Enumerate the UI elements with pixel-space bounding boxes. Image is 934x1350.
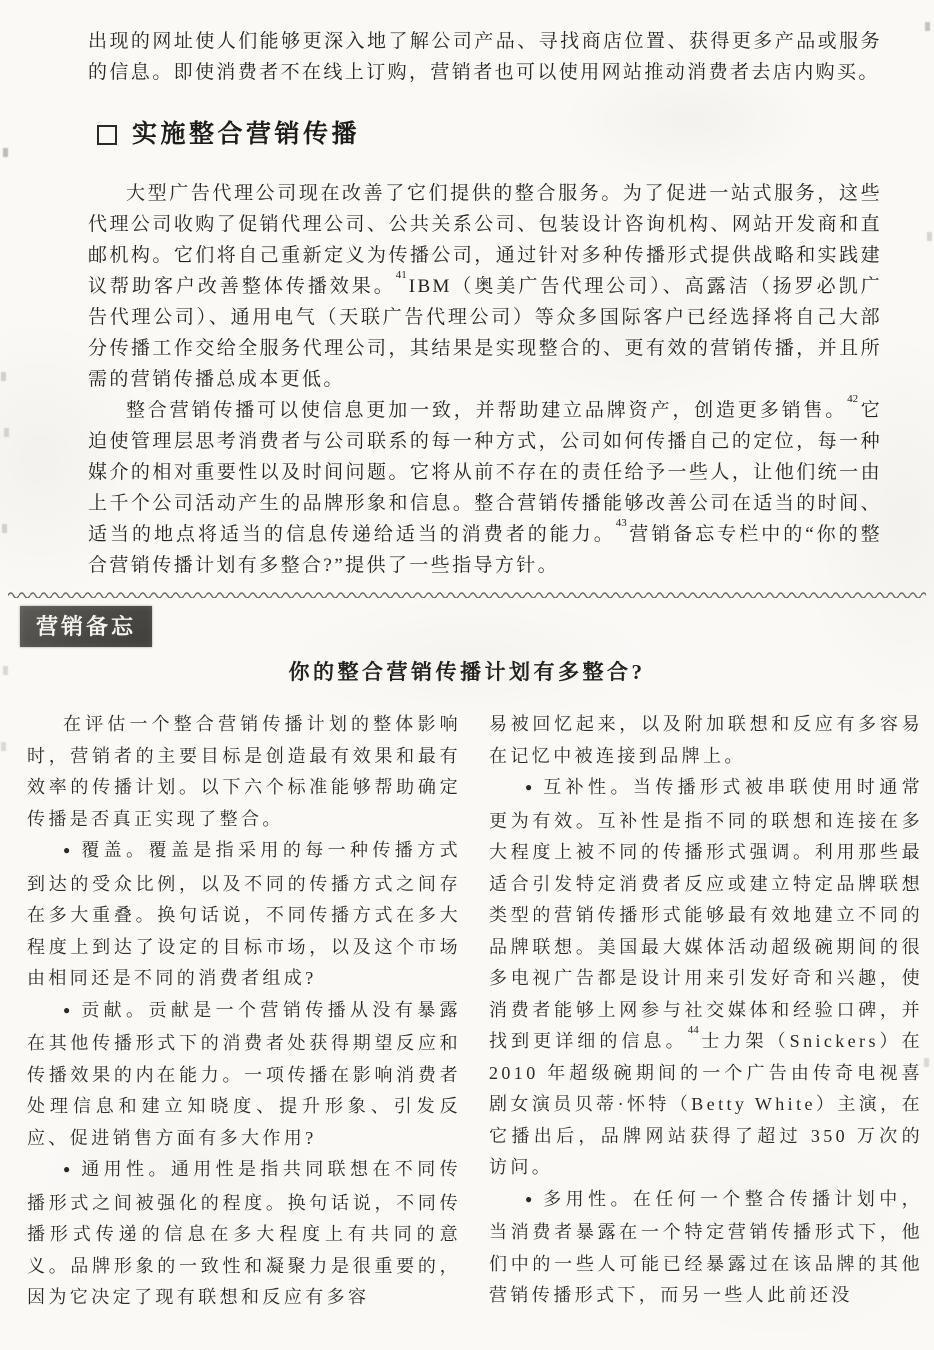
scan-artifact-specks bbox=[0, 0, 5, 9]
section-heading: 实施整合营销传播 bbox=[97, 118, 934, 150]
lead-paragraph: 出现的网址使人们能够更深入地了解公司产品、寻找商店位置、获得更多产品或服务的信息… bbox=[88, 0, 882, 88]
memo-bullet-coverage: ●覆盖。覆盖是指采用的每一种传播方式到达的受众比例，以及不同的传播方式之间存在多… bbox=[27, 835, 461, 995]
footnote-marker-44: 44 bbox=[688, 1024, 699, 1036]
memo-continuation-paragraph: 易被回忆起来，以及附加联想和反应有多容易在记忆中被连接到品牌上。 bbox=[489, 709, 923, 772]
footnote-marker-41: 41 bbox=[396, 269, 407, 281]
body-paragraph-1: 大型广告代理公司现在改善了它们提供的整合服务。为了促进一站式服务，这些代理公司收… bbox=[88, 178, 882, 395]
open-square-bullet-icon bbox=[97, 125, 117, 145]
memo-intro-paragraph: 在评估一个整合营销传播计划的整体影响时，营销者的主要目标是创造最有效果和最有效率… bbox=[27, 709, 461, 835]
bullet-dot-icon: ● bbox=[63, 1162, 71, 1176]
bullet-text: 贡献。贡献是一个营销传播从没有暴露在其他传播形式下的消费者处获得期望反应和传播效… bbox=[27, 1000, 461, 1148]
memo-bullet-complementarity: ●互补性。当传播形式被串联使用时通常更为有效。互补性是指不同的联想和连接在多大程… bbox=[489, 772, 923, 1184]
memo-body: 在评估一个整合营销传播计划的整体影响时，营销者的主要目标是创造最有效果和最有效率… bbox=[27, 709, 920, 1314]
bullet-text: 士力架（Snickers）在 2010 年超级碗期间的一个广告由传奇电视喜剧女演… bbox=[489, 1031, 923, 1177]
bullet-text: 互补性。当传播形式被串联使用时通常更为有效。互补性是指不同的联想和连接在多大程度… bbox=[489, 777, 923, 1051]
bullet-dot-icon: ● bbox=[525, 780, 533, 794]
body-paragraph-2: 整合营销传播可以使信息更加一致，并帮助建立品牌资产，创造更多销售。42它迫使管理… bbox=[88, 395, 882, 581]
memo-right-column: 易被回忆起来，以及附加联想和反应有多容易在记忆中被连接到品牌上。 ●互补性。当传… bbox=[489, 709, 923, 1314]
section-heading-text: 实施整合营销传播 bbox=[132, 118, 360, 150]
memo-label-row: 营销备忘 bbox=[0, 598, 934, 647]
memo-label-badge: 营销备忘 bbox=[20, 606, 152, 647]
body-text-block: 大型广告代理公司现在改善了它们提供的整合服务。为了促进一站式服务，这些代理公司收… bbox=[0, 178, 934, 581]
memo-bullet-commonality: ●通用性。通用性是指共同联想在不同传播形式之间被强化的程度。换句话说，不同传播形… bbox=[27, 1154, 461, 1314]
bullet-dot-icon: ● bbox=[63, 1003, 71, 1017]
bullet-text: 多用性。在任何一个整合传播计划中，当消费者暴露在一个特定营销传播形式下，他们中的… bbox=[489, 1189, 923, 1306]
book-page: 出现的网址使人们能够更深入地了解公司产品、寻找商店位置、获得更多产品或服务的信息… bbox=[0, 0, 934, 1350]
footnote-marker-42: 42 bbox=[847, 393, 858, 405]
memo-bullet-contribution: ●贡献。贡献是一个营销传播从没有暴露在其他传播形式下的消费者处获得期望反应和传播… bbox=[27, 995, 461, 1155]
bullet-dot-icon: ● bbox=[525, 1192, 533, 1206]
bullet-text: 通用性。通用性是指共同联想在不同传播形式之间被强化的程度。换句话说，不同传播形式… bbox=[27, 1159, 461, 1307]
wavy-divider bbox=[8, 589, 926, 598]
memo-bullet-versatility: ●多用性。在任何一个整合传播计划中，当消费者暴露在一个特定营销传播形式下，他们中… bbox=[489, 1184, 923, 1312]
bullet-text: 覆盖。覆盖是指采用的每一种传播方式到达的受众比例，以及不同的传播方式之间存在多大… bbox=[27, 840, 461, 988]
bullet-dot-icon: ● bbox=[63, 843, 71, 857]
memo-left-column: 在评估一个整合营销传播计划的整体影响时，营销者的主要目标是创造最有效果和最有效率… bbox=[27, 709, 461, 1314]
footnote-marker-43: 43 bbox=[616, 517, 627, 529]
paragraph-text: 整合营销传播可以使信息更加一致，并帮助建立品牌资产，创造更多销售。 bbox=[126, 400, 847, 421]
memo-title: 你的整合营销传播计划有多整合? bbox=[0, 659, 934, 685]
